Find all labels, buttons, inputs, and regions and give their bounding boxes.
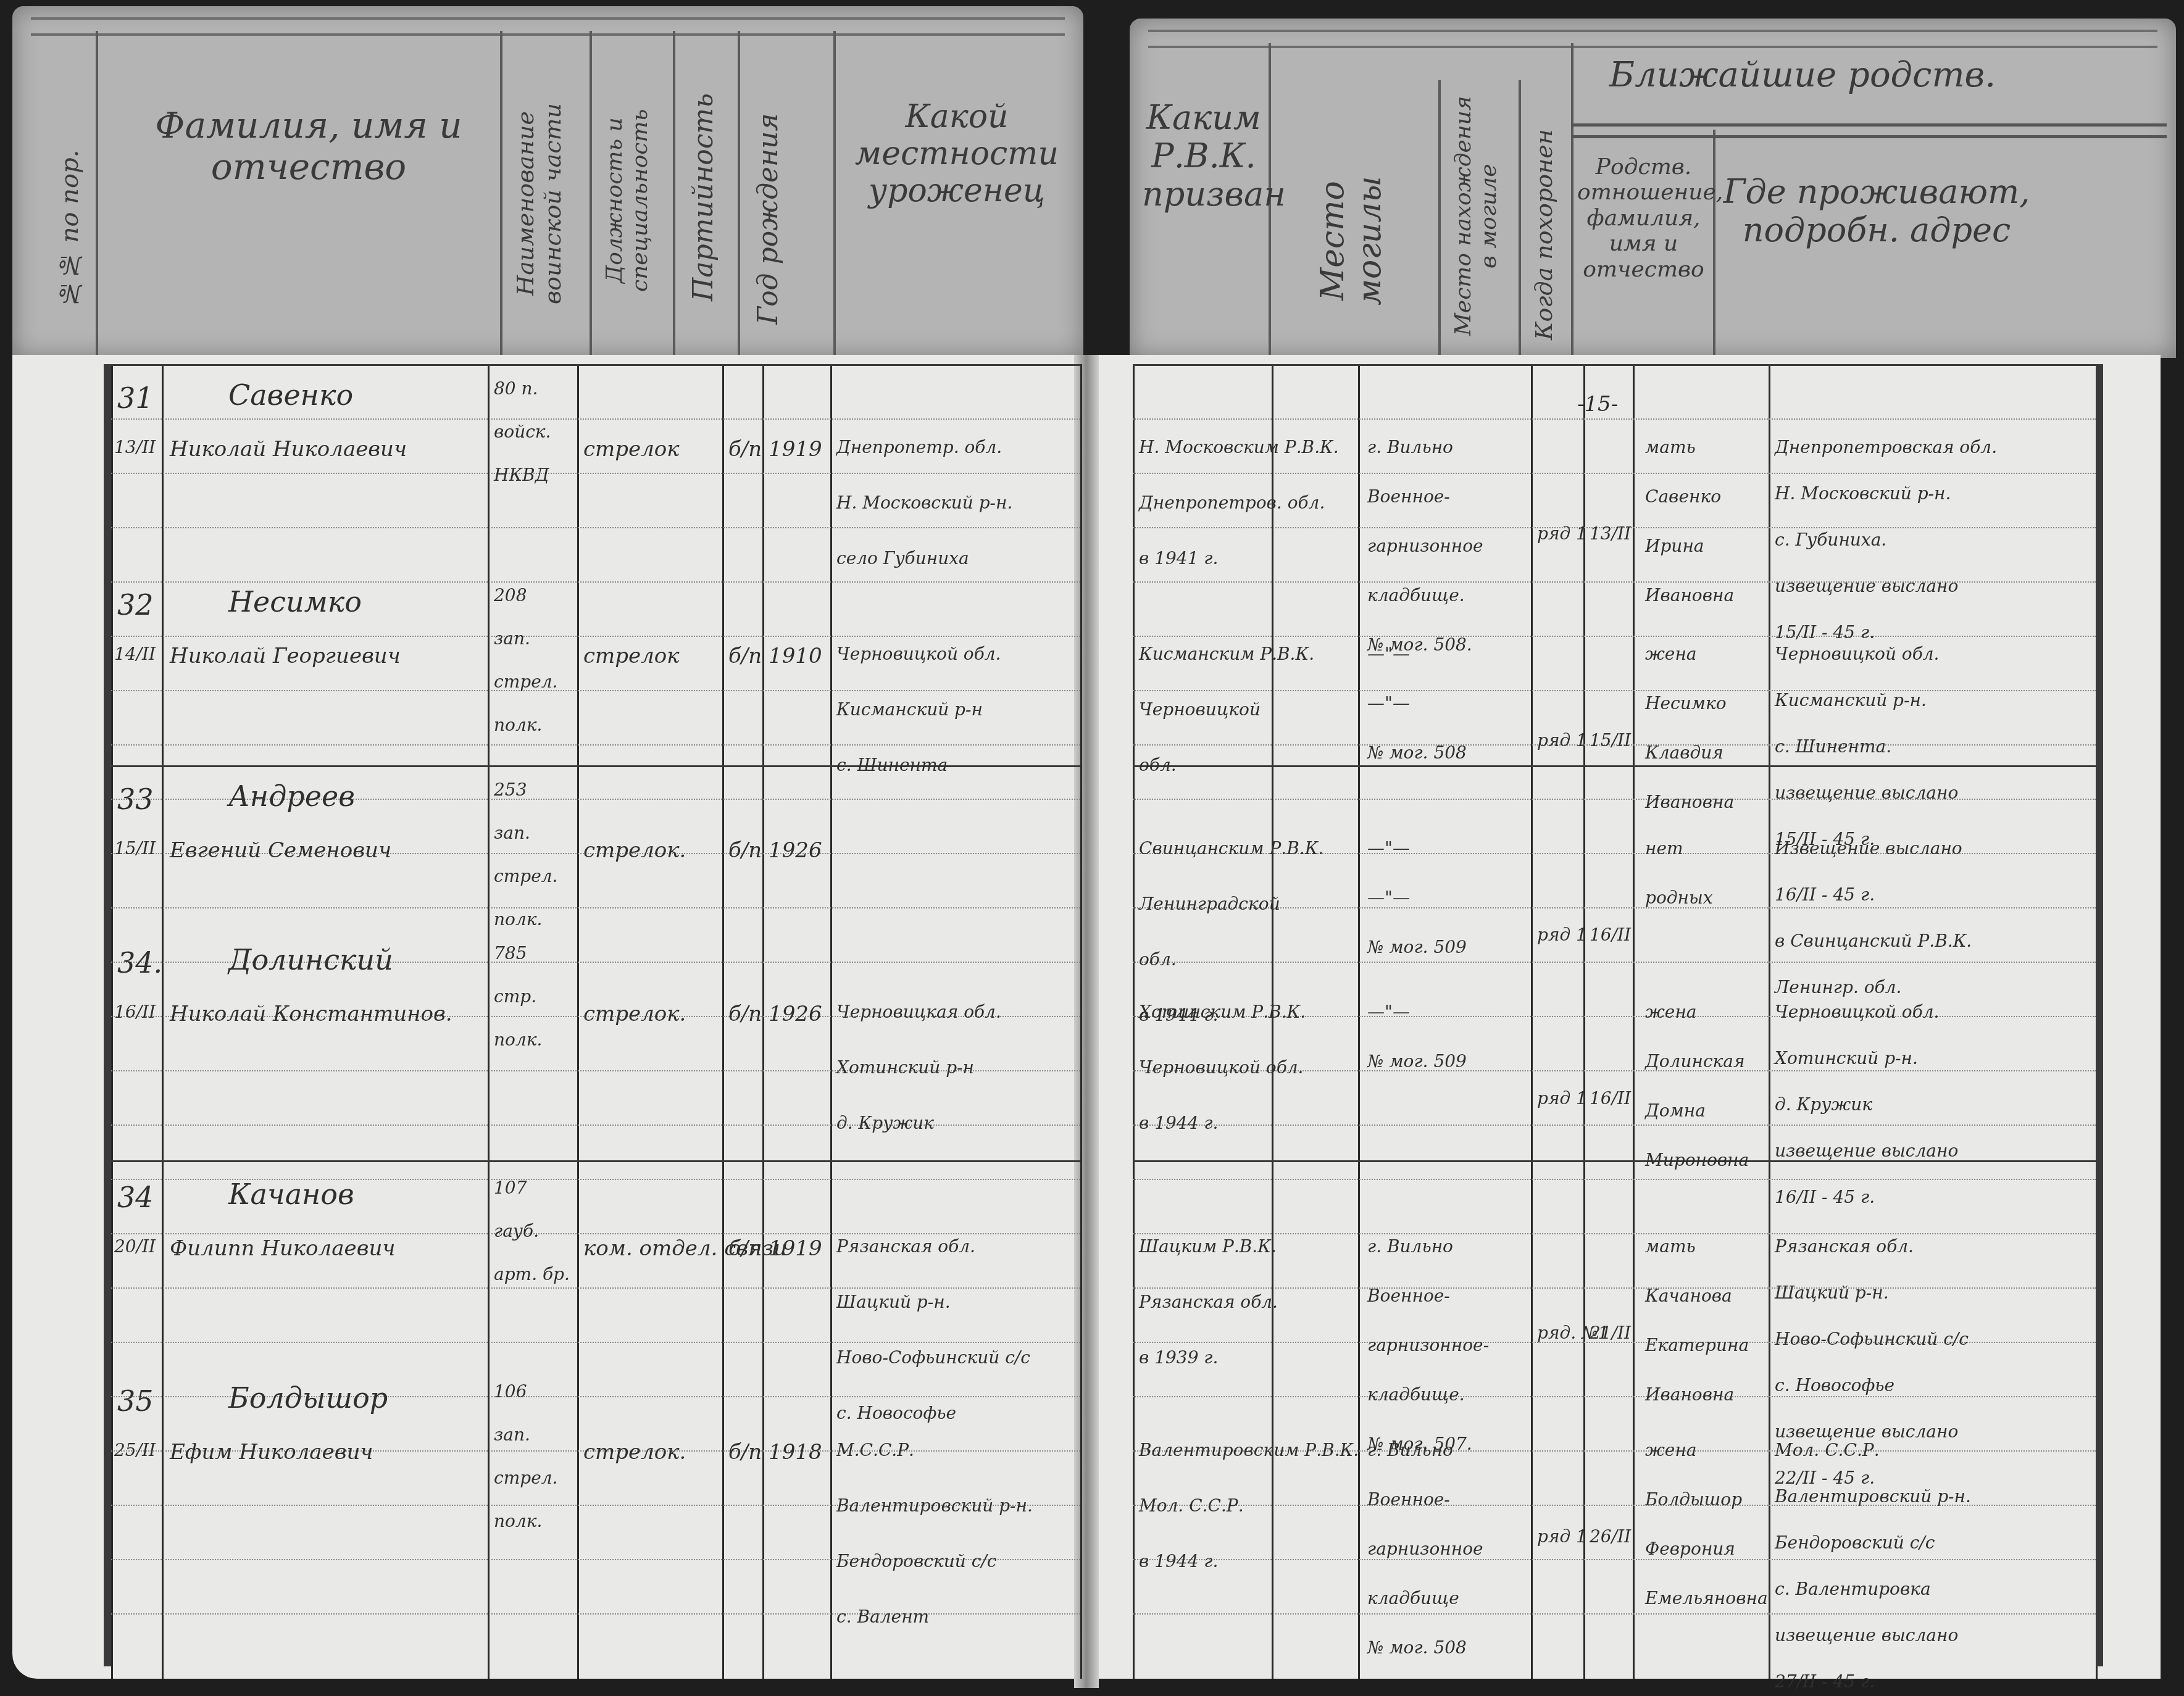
header-relatives: Ближайшие родств. [1580,56,2025,95]
address: 27/II - 45 г. [1775,1673,1875,1692]
birthplace: Шацкий р-н. [836,1293,951,1312]
grave-place: № мог. 509 [1367,1052,1467,1071]
birthplace: Черновицкая обл. [836,1003,1001,1022]
dotted-rule [1133,636,2096,637]
dotted-rule [1133,1559,2096,1560]
address: с. Валентировка [1775,1580,1931,1599]
surname: Качанов [228,1179,354,1210]
address: Кисманский р-н. [1775,691,1927,710]
grave-place: № мог. 509 [1367,938,1467,957]
drafted-by: Шацким Р.В.К. [1139,1237,1277,1257]
relative: Ивановна [1645,793,1734,812]
address: 16/II - 45 г. [1775,886,1875,905]
grave-position: ряд 1 [1537,731,1587,750]
record-number: 32 [117,589,154,621]
header-address: Где проживают, подробн. адрес [1722,173,2031,249]
column-line [1133,364,1135,1679]
military-unit: полк. [494,910,542,929]
grave-place: кладбище. [1367,1386,1465,1405]
birthplace: с. Валент [836,1608,929,1627]
grave-place: —"— [1367,645,1410,664]
dotted-rule [1133,1233,2096,1234]
dotted-rule [1133,1179,2096,1180]
drafted-by: в 1941 г. [1139,549,1218,568]
record-number: 35 [117,1386,154,1417]
military-unit: 253 [494,781,527,800]
header-divider [1713,130,1715,358]
drafted-by: в 1939 г. [1139,1349,1218,1368]
birthplace: Кисманский р-н [836,700,983,720]
address: извещение выслано [1775,1626,1958,1645]
grave-place: —"— [1367,694,1410,713]
address: извещение выслано [1775,577,1958,596]
column-line [1080,364,1082,1679]
header-divider [500,31,502,358]
dotted-rule [111,1287,1080,1289]
dotted-rule [111,418,1080,420]
dotted-rule [1133,418,2096,420]
dotted-rule [111,581,1080,583]
burial-date: 13/II [1590,525,1631,544]
military-unit: стрел. [494,673,557,692]
address: извещение выслано [1775,784,1958,803]
record-number: 31 [117,383,154,414]
burial-date: 26/II [1590,1528,1631,1547]
drafted-by: в 1944 г. [1139,1114,1218,1133]
birthplace: с. Шинента [836,756,948,775]
address: Черновицкой обл. [1775,1003,1940,1022]
header-party: Партийность [688,56,720,339]
relative: Феврония [1645,1540,1735,1559]
address: извещение выслано [1775,1423,1958,1442]
dotted-rule [1133,1287,2096,1289]
given-name: Евгений Семенович [170,839,391,862]
relative: жена [1645,645,1697,664]
address: 16/II - 45 г. [1775,1188,1875,1207]
drafted-by: Рязанская обл. [1139,1293,1278,1312]
birth-year: 1926 [769,1003,822,1026]
birthplace: с. Новософье [836,1404,956,1423]
dotted-rule [111,636,1080,637]
military-unit: 106 [494,1382,527,1402]
relative: Емельяновна [1645,1589,1768,1608]
rank: стрелок [583,645,680,668]
grave-position: ряд 1 [1537,525,1587,544]
rank: стрелок. [583,1441,686,1464]
drafted-by: Днепропетров. обл. [1139,494,1325,513]
military-unit: гауб. [494,1222,539,1241]
drafted-by: Н. Московским Р.В.К. [1139,438,1339,457]
grave-place: кладбище [1367,1589,1459,1608]
drafted-by: Свинцанским Р.В.К. [1139,839,1323,858]
dotted-rule [111,744,1080,746]
military-unit: войск. [494,423,551,442]
header-rule [1571,123,2167,138]
dotted-rule [1133,1396,2096,1397]
header-unit: Наименование воинской части [512,68,580,339]
relative: Мироновна [1645,1151,1749,1170]
dotted-rule [111,1124,1080,1126]
header-name: Фамилия, имя и отчество [136,105,481,187]
military-unit: зап. [494,630,530,649]
header-divider [96,31,98,358]
military-unit: арт. бр. [494,1265,570,1284]
address: Ново-Софьинский с/с [1775,1330,1969,1349]
drafted-by: обл. [1139,756,1177,775]
birthplace: Н. Московский р-н. [836,494,1012,513]
military-unit: полк. [494,1031,542,1050]
military-unit: зап. [494,824,530,843]
military-unit: стрел. [494,1469,557,1488]
relative: Екатерина [1645,1336,1749,1355]
surname: Несимко [228,586,362,618]
dotted-rule [111,1233,1080,1234]
header-divider [833,31,836,358]
dotted-rule [111,473,1080,474]
address: Валентировский р-н. [1775,1487,1971,1507]
header-divider [590,31,592,358]
address: 22/II - 45 г. [1775,1469,1875,1488]
birthplace: Валентировский р-н. [836,1497,1033,1516]
relative: Домна [1645,1102,1706,1121]
section-rule [111,1160,1080,1162]
drafted-by: Мол. С.С.Р. [1139,1497,1244,1516]
grave-place: № мог. 508 [1367,1639,1467,1658]
military-unit: полк. [494,716,542,735]
death-date: 13/II [114,438,156,457]
death-date: 14/II [114,645,156,664]
grave-place: г. Вильно [1367,1237,1453,1257]
drafted-by: Валентировским Р.В.К. [1139,1441,1359,1460]
military-unit: 208 [494,586,527,605]
record-number: 34 [117,1182,154,1213]
birthplace: Черновицкой обл. [836,645,1001,664]
dotted-rule [111,1613,1080,1615]
rank: стрелок. [583,1003,686,1026]
military-unit: 785 [494,944,527,963]
military-unit: 80 п. [494,380,538,399]
address: Мол. С.С.Р. [1775,1441,1880,1460]
relative: Ивановна [1645,586,1734,605]
grave-place: гарнизонное- [1367,1336,1489,1355]
header-num: №№ по пор. [56,117,84,339]
relative: жена [1645,1003,1697,1022]
rank: стрелок. [583,839,686,862]
column-line [1769,364,1770,1679]
military-unit: стрел. [494,867,557,886]
relative: Болдышор [1645,1490,1742,1510]
header-grave-place: Место могилы [1315,142,1407,339]
drafted-by: Черновицкой [1139,700,1261,720]
relative: мать [1645,1237,1696,1257]
relative: родных [1645,889,1713,908]
address: Шацкий р-н. [1775,1284,1889,1303]
dotted-rule [1133,473,2096,474]
column-line [1358,364,1360,1679]
birth-year: 1918 [769,1441,822,1464]
relative: Долинская [1645,1052,1745,1071]
dotted-rule [1133,1124,2096,1126]
grave-place: —"— [1367,839,1410,858]
drafted-by: Черновицкой обл. [1139,1058,1304,1078]
header-divider [1519,80,1521,358]
military-unit: 107 [494,1179,527,1198]
burial-date: 15/II [1590,731,1631,750]
dotted-rule [1133,690,2096,691]
dotted-rule [1133,1613,2096,1615]
birth-year: 1910 [769,645,822,668]
relative: мать [1645,438,1696,457]
column-line [830,364,832,1679]
birthplace: М.С.С.Р. [836,1441,914,1460]
military-unit: зап. [494,1426,530,1445]
column-line [162,364,164,1679]
party: б/п [728,839,762,862]
dotted-rule [1133,962,2096,963]
address: д. Кружик [1775,1095,1872,1115]
surname: Савенко [228,380,353,411]
address: Хотинский р-н. [1775,1049,1918,1068]
grave-place: № мог. 508 [1367,744,1467,763]
page-border [2096,364,2103,1666]
grave-place: кладбище. [1367,586,1465,605]
address: извещение выслано [1775,1142,1958,1161]
death-date: 20/II [114,1237,156,1257]
grave-place: Военное- [1367,1287,1450,1306]
party: б/п [728,645,762,668]
relative: Несимко [1645,694,1727,713]
address: Бендоровский с/с [1775,1534,1935,1553]
military-unit: стр. [494,987,536,1007]
section-rule [1133,364,2096,366]
drafted-by: в 1944 г. [1139,1552,1218,1571]
grave-place: Военное- [1367,1490,1450,1510]
party: б/п [728,1441,762,1464]
address: Черновицкой обл. [1775,645,1940,664]
page-number: -15- [1577,392,1618,417]
header-rank: Должность и специальность [602,62,664,339]
grave-place: Военное- [1367,488,1450,507]
ledger-spread: №№ по пор. Фамилия, имя и отчество Наиме… [0,0,2184,1696]
header-divider [738,31,740,358]
address: с. Губиниха. [1775,531,1886,550]
birthplace: д. Кружик [836,1114,934,1133]
dotted-rule [111,1342,1080,1343]
party: б/п [728,1237,762,1260]
dotted-rule [111,690,1080,691]
death-date: 25/II [114,1441,156,1460]
drafted-by: Хотинским Р.В.К. [1139,1003,1306,1022]
header-relation: Родств. отношение, фамилия, имя и отчест… [1577,154,1710,282]
given-name: Николай Константинов. [170,1003,452,1026]
header-rule [31,17,1065,36]
address: Днепропетровская обл. [1775,438,1997,457]
burial-date: 16/II [1590,1089,1631,1108]
left-header-flap: №№ по пор. Фамилия, имя и отчество Наиме… [12,6,1083,358]
header-rule [1148,30,2157,48]
birth-year: 1919 [769,1237,822,1260]
party: б/п [728,1003,762,1026]
column-line [111,364,113,1679]
relative: Савенко [1645,488,1721,507]
record-number: 33 [117,784,154,815]
grave-place: г. Вильно [1367,1441,1453,1460]
surname: Болдышор [228,1382,388,1414]
address: в Свинцанский Р.В.К. [1775,932,1972,951]
header-position: Место нахождения в могиле [1451,86,1512,346]
birth-year: 1926 [769,839,822,862]
relative: Ивановна [1645,1386,1734,1405]
section-rule [1133,765,2096,767]
dotted-rule [111,907,1080,908]
grave-position: ряд 1 [1537,1089,1587,1108]
header-drafted-by: Каким Р.В.К. призван [1142,99,1265,214]
address: Н. Московский р-н. [1775,484,1951,504]
column-line [762,364,764,1679]
address: Рязанская обл. [1775,1237,1914,1257]
address: Извещение выслано [1775,839,1962,858]
grave-place: —"— [1367,1003,1410,1022]
drafted-by: Ленинградской [1139,895,1280,914]
military-unit: НКВД [494,466,549,485]
grave-place: гарнизонное [1367,537,1483,556]
birthplace: Ново-Софьинский с/с [836,1349,1030,1368]
given-name: Филипп Николаевич [170,1237,395,1260]
relative: жена [1645,1441,1697,1460]
address: с. Новософье [1775,1376,1894,1395]
column-line [577,364,579,1679]
column-line [488,364,490,1679]
column-line [722,364,724,1679]
birthplace: Днепропетр. обл. [836,438,1002,457]
section-rule [111,364,1080,366]
given-name: Николай Николаевич [170,438,407,461]
surname: Долинский [228,944,393,976]
party: б/п [728,438,762,461]
birthplace: Бендоровский с/с [836,1552,996,1571]
header-divider [673,31,675,358]
given-name: Ефим Николаевич [170,1441,373,1464]
column-line [1583,364,1585,1679]
right-header-flap: Каким Р.В.К. призван Место могилы Место … [1130,19,2176,358]
header-birthplace: Какой местности уроженец [846,99,1068,209]
record-number: 34. [117,947,162,979]
relative: Клавдия [1645,744,1723,763]
burial-date: 21/II [1590,1324,1631,1343]
death-date: 16/II [114,1003,156,1022]
grave-place: г. Вильно [1367,438,1453,457]
address: Ленингр. обл. [1775,978,1901,997]
surname: Андреев [228,781,355,812]
relative: нет [1645,839,1683,858]
dotted-rule [111,527,1080,528]
death-date: 15/II [114,839,156,858]
column-line [1531,364,1533,1679]
grave-position: ряд 1 [1537,1528,1587,1547]
grave-position: ряд 1 [1537,926,1587,945]
birth-year: 1919 [769,438,822,461]
header-birth-year: Год рождения [753,99,821,339]
grave-place: —"— [1367,889,1410,908]
grave-place: гарнизонное [1367,1540,1483,1559]
military-unit: полк. [494,1512,542,1531]
address: с. Шинента. [1775,738,1891,757]
drafted-by: обл. [1139,950,1177,970]
burial-date: 16/II [1590,926,1631,945]
address: 15/II - 45 г. [1775,623,1875,642]
birthplace: село Губиниха [836,549,969,568]
birthplace: Хотинский р-н [836,1058,974,1078]
given-name: Николай Георгиевич [170,645,401,668]
page-border [104,364,111,1666]
birthplace: Рязанская обл. [836,1237,975,1257]
column-line [1633,364,1635,1679]
book-gutter [1074,355,1099,1688]
relative: Качанова [1645,1287,1732,1306]
drafted-by: Кисманским Р.В.К. [1139,645,1314,664]
header-divider [1571,43,1573,358]
rank: стрелок [583,438,680,461]
header-buried-date: Когда похоронен [1531,117,1558,352]
header-divider [1438,80,1441,358]
relative: Ирина [1645,537,1704,556]
